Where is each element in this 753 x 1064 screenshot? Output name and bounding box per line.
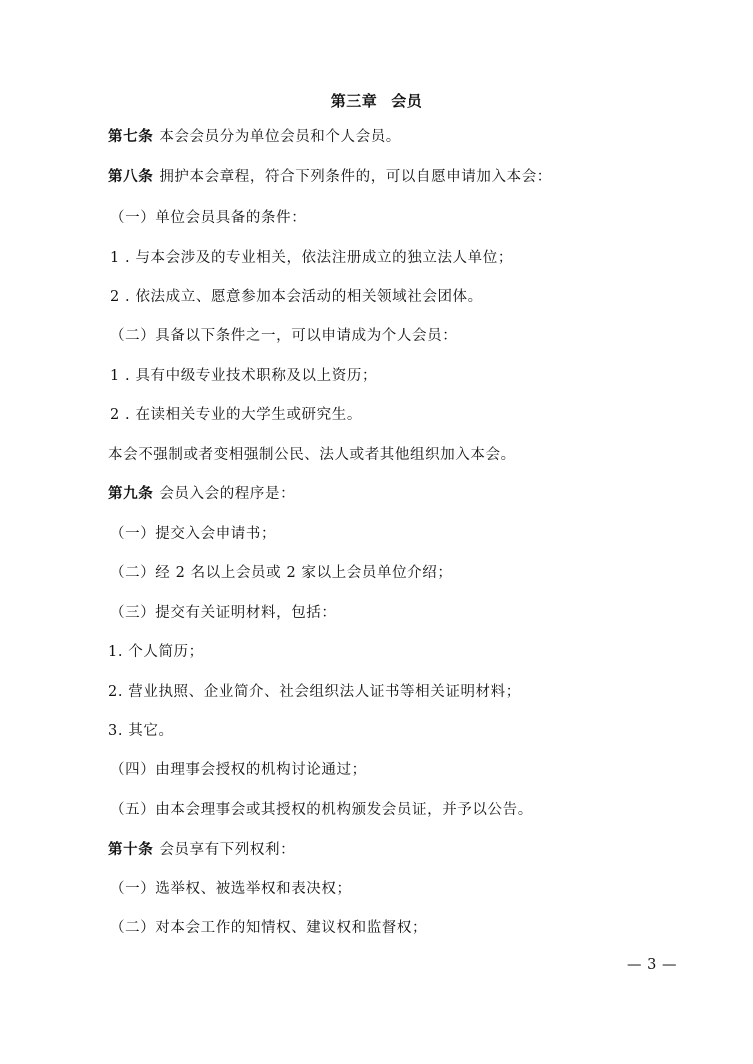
paragraph: 2 . 依法成立、愿意参加本会活动的相关领域社会团体。 [110,287,483,307]
article-label: 第十条 [108,842,153,858]
paragraph-text: 拥护本会章程，符合下列条件的，可以自愿申请加入本会： [159,169,552,185]
paragraph: 1 . 具有中级专业技术职称及以上资历； [110,366,377,386]
paragraph-text: （二）具备以下条件之一，可以申请成为个人会员： [110,328,457,344]
paragraph-text: 1 . 与本会涉及的专业相关，依法注册成立的独立法人单位； [110,250,513,266]
paragraph-text: 2 . 依法成立、愿意参加本会活动的相关领域社会团体。 [110,289,483,305]
paragraph: （二）具备以下条件之一，可以申请成为个人会员： [110,326,457,346]
paragraph: 3. 其它。 [108,721,174,741]
paragraph: （四）由理事会授权的机构讨论通过； [110,760,367,780]
article-label: 第七条 [108,129,153,145]
paragraph: 本会不强制或者变相强制公民、法人或者其他组织加入本会。 [108,445,516,465]
paragraph: （三）提交有关证明材料，包括： [110,603,337,623]
chapter-number: 第三章 [331,92,378,110]
paragraph: （二）对本会工作的知情权、建议权和监督权； [110,918,427,938]
paragraph-text: 1 . 具有中级专业技术职称及以上资历； [110,368,377,384]
document-page: 第三章会员 第七条本会会员分为单位会员和个人会员。 第八条拥护本会章程，符合下列… [0,0,753,1064]
paragraph-text: 3. 其它。 [108,723,174,739]
paragraph: （五）由本会理事会或其授权的机构颁发会员证，并予以公告。 [110,800,533,820]
paragraph: （一）单位会员具备的条件： [110,208,306,228]
chapter-name: 会员 [391,92,422,110]
paragraph-text: （四）由理事会授权的机构讨论通过； [110,762,367,778]
paragraph: （一）提交入会申请书； [110,524,276,544]
paragraph-text: 2 . 在读相关专业的大学生或研究生。 [110,407,362,423]
paragraph-text: （三）提交有关证明材料，包括： [110,605,337,621]
paragraph-text: （一）单位会员具备的条件： [110,210,306,226]
paragraph-text: （一）提交入会申请书； [110,526,276,542]
page-number: — 3 — [627,957,677,973]
paragraph-text: 本会不强制或者变相强制公民、法人或者其他组织加入本会。 [108,447,516,463]
paragraph-text: 会员享有下列权利： [159,842,295,858]
article-label: 第八条 [108,169,153,185]
paragraph: 1 . 与本会涉及的专业相关，依法注册成立的独立法人单位； [110,248,513,268]
paragraph: 第七条本会会员分为单位会员和个人会员。 [108,127,401,147]
paragraph: 2 . 在读相关专业的大学生或研究生。 [110,405,362,425]
paragraph: 第八条拥护本会章程，符合下列条件的，可以自愿申请加入本会： [108,167,552,187]
chapter-title: 第三章会员 [0,90,753,111]
paragraph-text: 会员入会的程序是： [159,486,295,502]
paragraph: 第九条会员入会的程序是： [108,484,295,504]
paragraph: 2. 营业执照、企业简介、社会组织法人证书等相关证明材料； [108,682,521,702]
article-label: 第九条 [108,486,153,502]
paragraph-text: （二）对本会工作的知情权、建议权和监督权； [110,920,427,936]
paragraph: （二）经 2 名以上会员或 2 家以上会员单位介绍； [110,563,453,583]
paragraph-text: 本会会员分为单位会员和个人会员。 [159,129,401,145]
paragraph: （一）选举权、被选举权和表决权； [110,879,352,899]
paragraph-text: 1. 个人简历； [108,644,204,660]
paragraph-text: （一）选举权、被选举权和表决权； [110,881,352,897]
paragraph-text: 2. 营业执照、企业简介、社会组织法人证书等相关证明材料； [108,684,521,700]
paragraph-text: （五）由本会理事会或其授权的机构颁发会员证，并予以公告。 [110,802,533,818]
paragraph: 第十条会员享有下列权利： [108,840,295,860]
paragraph-text: （二）经 2 名以上会员或 2 家以上会员单位介绍； [110,565,453,581]
paragraph: 1. 个人简历； [108,642,204,662]
